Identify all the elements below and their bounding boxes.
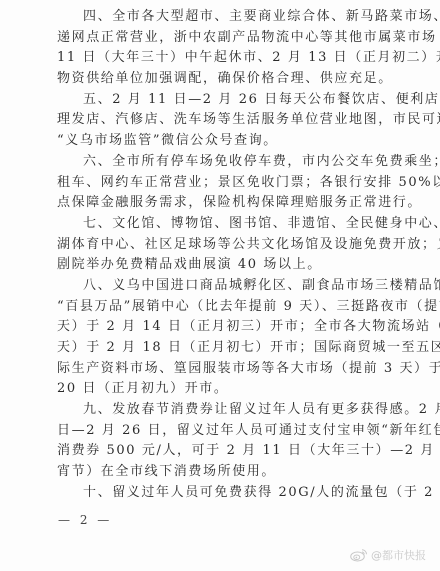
text-line: 七、文化馆、博物馆、图书馆、非遗馆、全民健身中心、梅 — [57, 214, 391, 235]
text-line: 租车、网约车正常营业；景区免收门票；各银行安排 50%以上网 — [57, 173, 391, 194]
text-line: 天）于 2 月 14 日（正月初三）开市；全市各大物流场站（提前 4 — [57, 317, 391, 338]
text-line: 11 日（大年三十）中午起休市、2 月 13 日（正月初二）开市。各 — [57, 48, 391, 69]
text-line: 天）于 2 月 18 日（正月初七）开市；国际商贸城一至五区、国 — [57, 338, 391, 359]
text-line: 物资供给单位加强调配，确保价格合理、供应充足。 — [57, 69, 391, 90]
watermark: @都市快报 — [350, 547, 426, 563]
text-line: 九、发放春节消费券让留义过年人员有更多获得感。2 月 1 — [57, 400, 391, 421]
text-line: 点保障金融服务需求，保险机构保障理赔服务正常进行。 — [57, 193, 391, 214]
text-line: 20 日（正月初九）开市。 — [57, 379, 391, 400]
text-line: 四、全市各大型超市、主要商业综合体、新马路菜市场、快 — [57, 7, 391, 28]
text-line: 六、全市所有停车场免收停车费，市内公交车免费乘坐；出 — [57, 152, 391, 173]
text-line: 十、留义过年人员可免费获得 20G/人的流量包（于 2 月 3 日 — [57, 483, 391, 504]
text-line: 宵节）在全市线下消费场所使用。 — [57, 462, 391, 483]
text-line: 消费券 500 元/人，可于 2 月 11 日（大年三十）—2 月 26 日（元 — [57, 441, 391, 462]
text-line: 递网点正常营业，浙中农副产品物流中心等其他市属菜市场 2 月 — [57, 28, 391, 49]
text-line: 八、义乌中国进口商品城孵化区、副食品市场三楼精品馆及 — [57, 276, 391, 297]
text-line: 际生产资料市场、篁园服装市场等各大市场（提前 3 天）于 2 月 — [57, 359, 391, 380]
text-line: 剧院举办免费精品戏曲展演 40 场以上。 — [57, 255, 391, 276]
text-line: 五、2 月 11 日—2 月 26 日每天公布餐饮店、便利店、洗衣店、 — [57, 90, 391, 111]
page-number: — 2 — — [58, 513, 112, 527]
text-line: 日—2 月 26 日，留义过年人员可通过支付宝申领“新年红包”电子 — [57, 421, 391, 442]
document-body: 四、全市各大型超市、主要商业综合体、新马路菜市场、快 递网点正常营业，浙中农副产… — [57, 7, 391, 504]
document-page: 四、全市各大型超市、主要商业综合体、新马路菜市场、快 递网点正常营业，浙中农副产… — [0, 0, 440, 571]
text-line: “百县万品”展销中心（比去年提前 9 天）、三挺路夜市（提前 7 — [57, 297, 391, 318]
weibo-icon — [350, 548, 368, 562]
text-line: 湖体育中心、社区足球场等公共文化场馆及设施免费开放；义乌 — [57, 235, 391, 256]
watermark-text: @都市快报 — [371, 547, 426, 563]
text-line: 理发店、汽修店、洗车场等生活服务单位营业地图，市民可通过 — [57, 110, 391, 131]
text-line: “义乌市场监管”微信公众号查询。 — [57, 131, 391, 152]
